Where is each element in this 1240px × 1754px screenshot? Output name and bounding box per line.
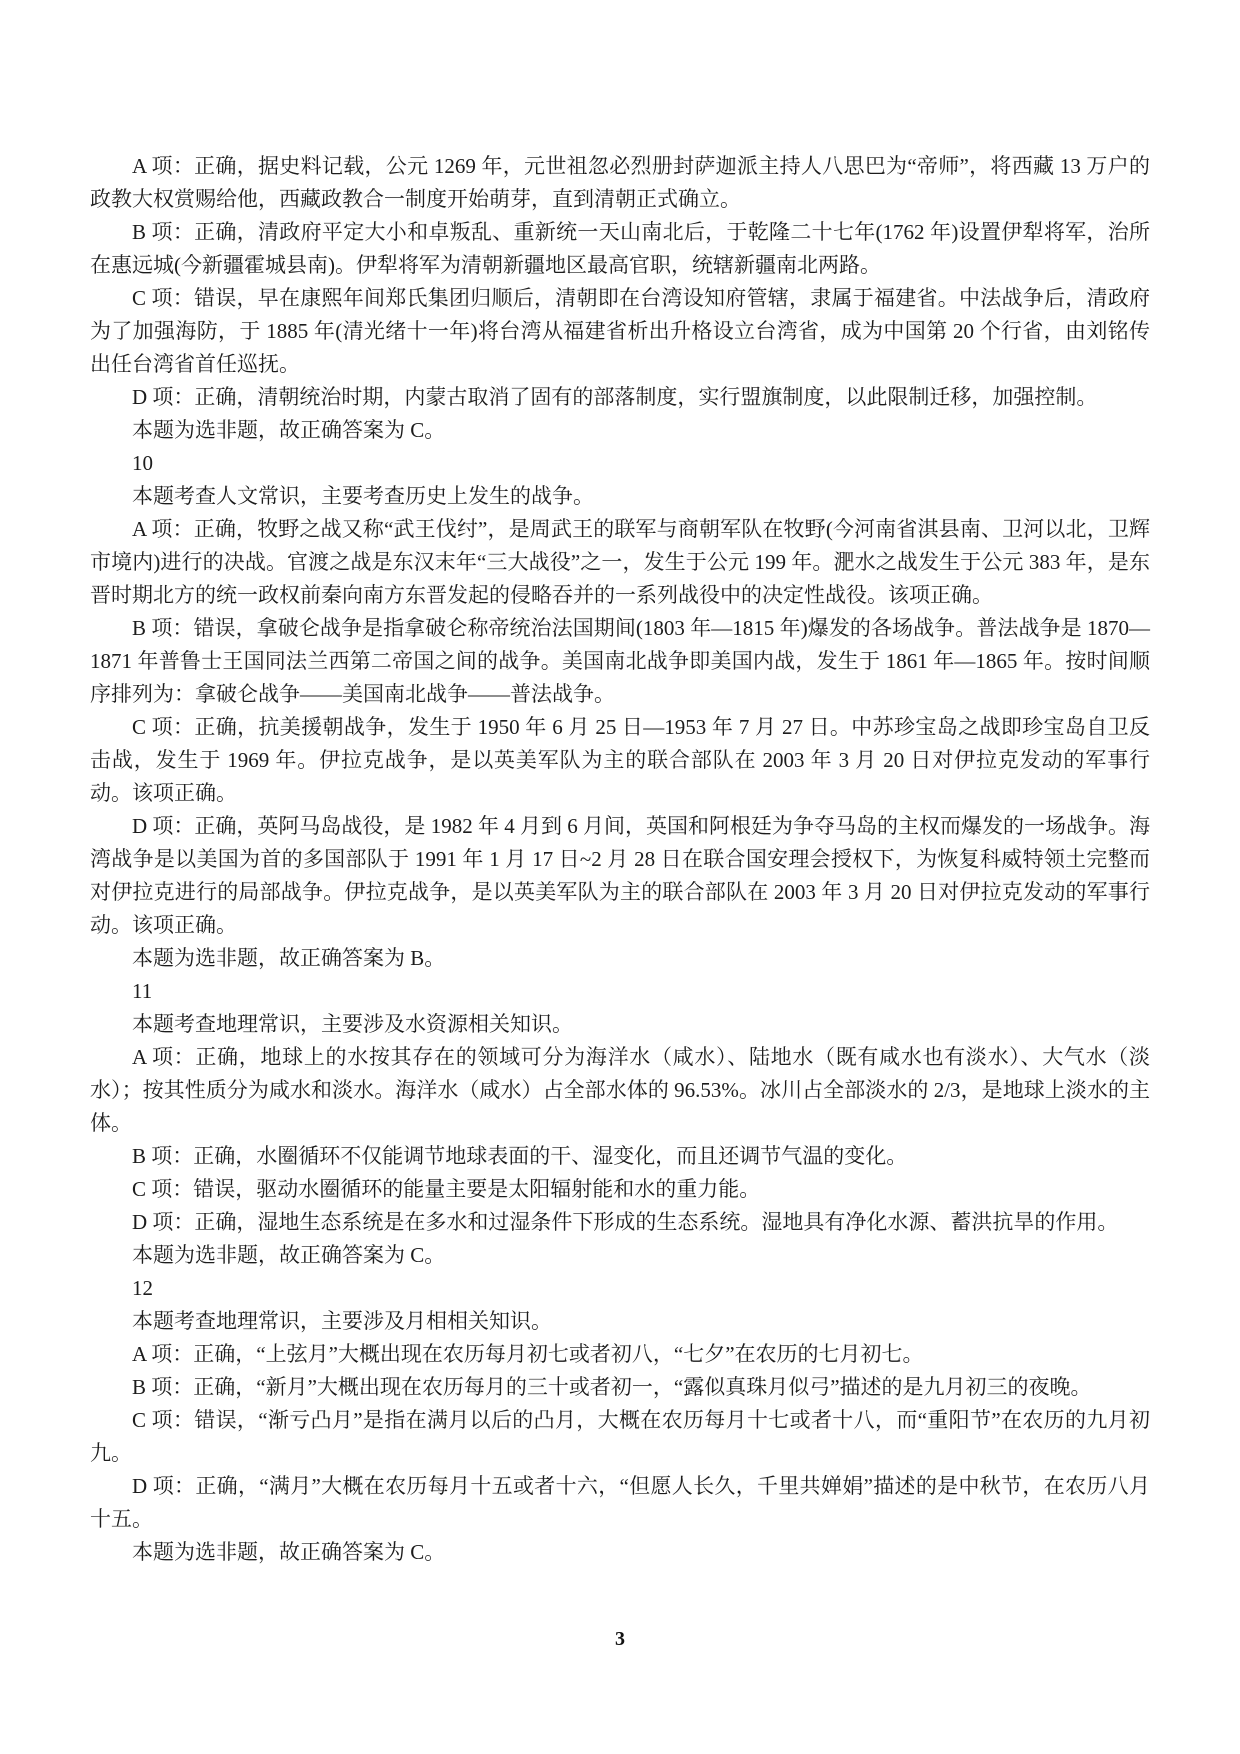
option-b-analysis: B 项：正确，水圈循环不仅能调节地球表面的干、湿变化，而且还调节气温的变化。 [90, 1140, 1150, 1173]
answer-conclusion: 本题为选非题，故正确答案为 C。 [90, 1239, 1150, 1272]
option-c-analysis: C 项：错误，“渐亏凸月”是指在满月以后的凸月，大概在农历每月十七或者十八，而“… [90, 1404, 1150, 1470]
option-a-analysis: A 项：正确，地球上的水按其存在的领域可分为海洋水（咸水）、陆地水（既有咸水也有… [90, 1041, 1150, 1140]
option-d-analysis: D 项：正确，英阿马岛战役，是 1982 年 4 月到 6 月间，英国和阿根廷为… [90, 810, 1150, 942]
option-a-analysis: A 项：正确，“上弦月”大概出现在农历每月初七或者初八，“七夕”在农历的七月初七… [90, 1338, 1150, 1371]
answer-explanations: A 项：正确，据史料记载，公元 1269 年，元世祖忽必烈册封萨迦派主持人八思巴… [90, 150, 1150, 1569]
question-intro: 本题考查人文常识，主要考查历史上发生的战争。 [90, 480, 1150, 513]
option-b-analysis: B 项：正确，清政府平定大小和卓叛乱、重新统一天山南北后，于乾隆二十七年(176… [90, 216, 1150, 282]
option-c-analysis: C 项：正确，抗美援朝战争，发生于 1950 年 6 月 25 日—1953 年… [90, 711, 1150, 810]
option-c-analysis: C 项：错误，早在康熙年间郑氏集团归顺后，清朝即在台湾设知府管辖，隶属于福建省。… [90, 282, 1150, 381]
question-12-block: 12 本题考查地理常识，主要涉及月相相关知识。 A 项：正确，“上弦月”大概出现… [90, 1272, 1150, 1569]
option-b-analysis: B 项：错误，拿破仑战争是指拿破仑称帝统治法国期间(1803 年—1815 年)… [90, 612, 1150, 711]
option-d-analysis: D 项：正确，“满月”大概在农历每月十五或者十六，“但愿人长久，千里共婵娟”描述… [90, 1470, 1150, 1536]
page-number: 3 [0, 1628, 1240, 1651]
option-a-analysis: A 项：正确，据史料记载，公元 1269 年，元世祖忽必烈册封萨迦派主持人八思巴… [90, 150, 1150, 216]
question-11-block: 11 本题考查地理常识，主要涉及水资源相关知识。 A 项：正确，地球上的水按其存… [90, 975, 1150, 1272]
question-9-block: A 项：正确，据史料记载，公元 1269 年，元世祖忽必烈册封萨迦派主持人八思巴… [90, 150, 1150, 447]
answer-conclusion: 本题为选非题，故正确答案为 C。 [90, 1536, 1150, 1569]
answer-conclusion: 本题为选非题，故正确答案为 B。 [90, 942, 1150, 975]
answer-conclusion: 本题为选非题，故正确答案为 C。 [90, 414, 1150, 447]
question-10-block: 10 本题考查人文常识，主要考查历史上发生的战争。 A 项：正确，牧野之战又称“… [90, 447, 1150, 975]
question-intro: 本题考查地理常识，主要涉及月相相关知识。 [90, 1305, 1150, 1338]
question-number: 11 [90, 975, 1150, 1008]
option-a-analysis: A 项：正确，牧野之战又称“武王伐纣”，是周武王的联军与商朝军队在牧野(今河南省… [90, 513, 1150, 612]
option-b-analysis: B 项：正确，“新月”大概出现在农历每月的三十或者初一，“露似真珠月似弓”描述的… [90, 1371, 1150, 1404]
question-number: 10 [90, 447, 1150, 480]
option-d-analysis: D 项：正确，湿地生态系统是在多水和过湿条件下形成的生态系统。湿地具有净化水源、… [90, 1206, 1150, 1239]
option-c-analysis: C 项：错误，驱动水圈循环的能量主要是太阳辐射能和水的重力能。 [90, 1173, 1150, 1206]
question-intro: 本题考查地理常识，主要涉及水资源相关知识。 [90, 1008, 1150, 1041]
question-number: 12 [90, 1272, 1150, 1305]
document-page: A 项：正确，据史料记载，公元 1269 年，元世祖忽必烈册封萨迦派主持人八思巴… [0, 0, 1240, 1754]
option-d-analysis: D 项：正确，清朝统治时期，内蒙古取消了固有的部落制度，实行盟旗制度，以此限制迁… [90, 381, 1150, 414]
